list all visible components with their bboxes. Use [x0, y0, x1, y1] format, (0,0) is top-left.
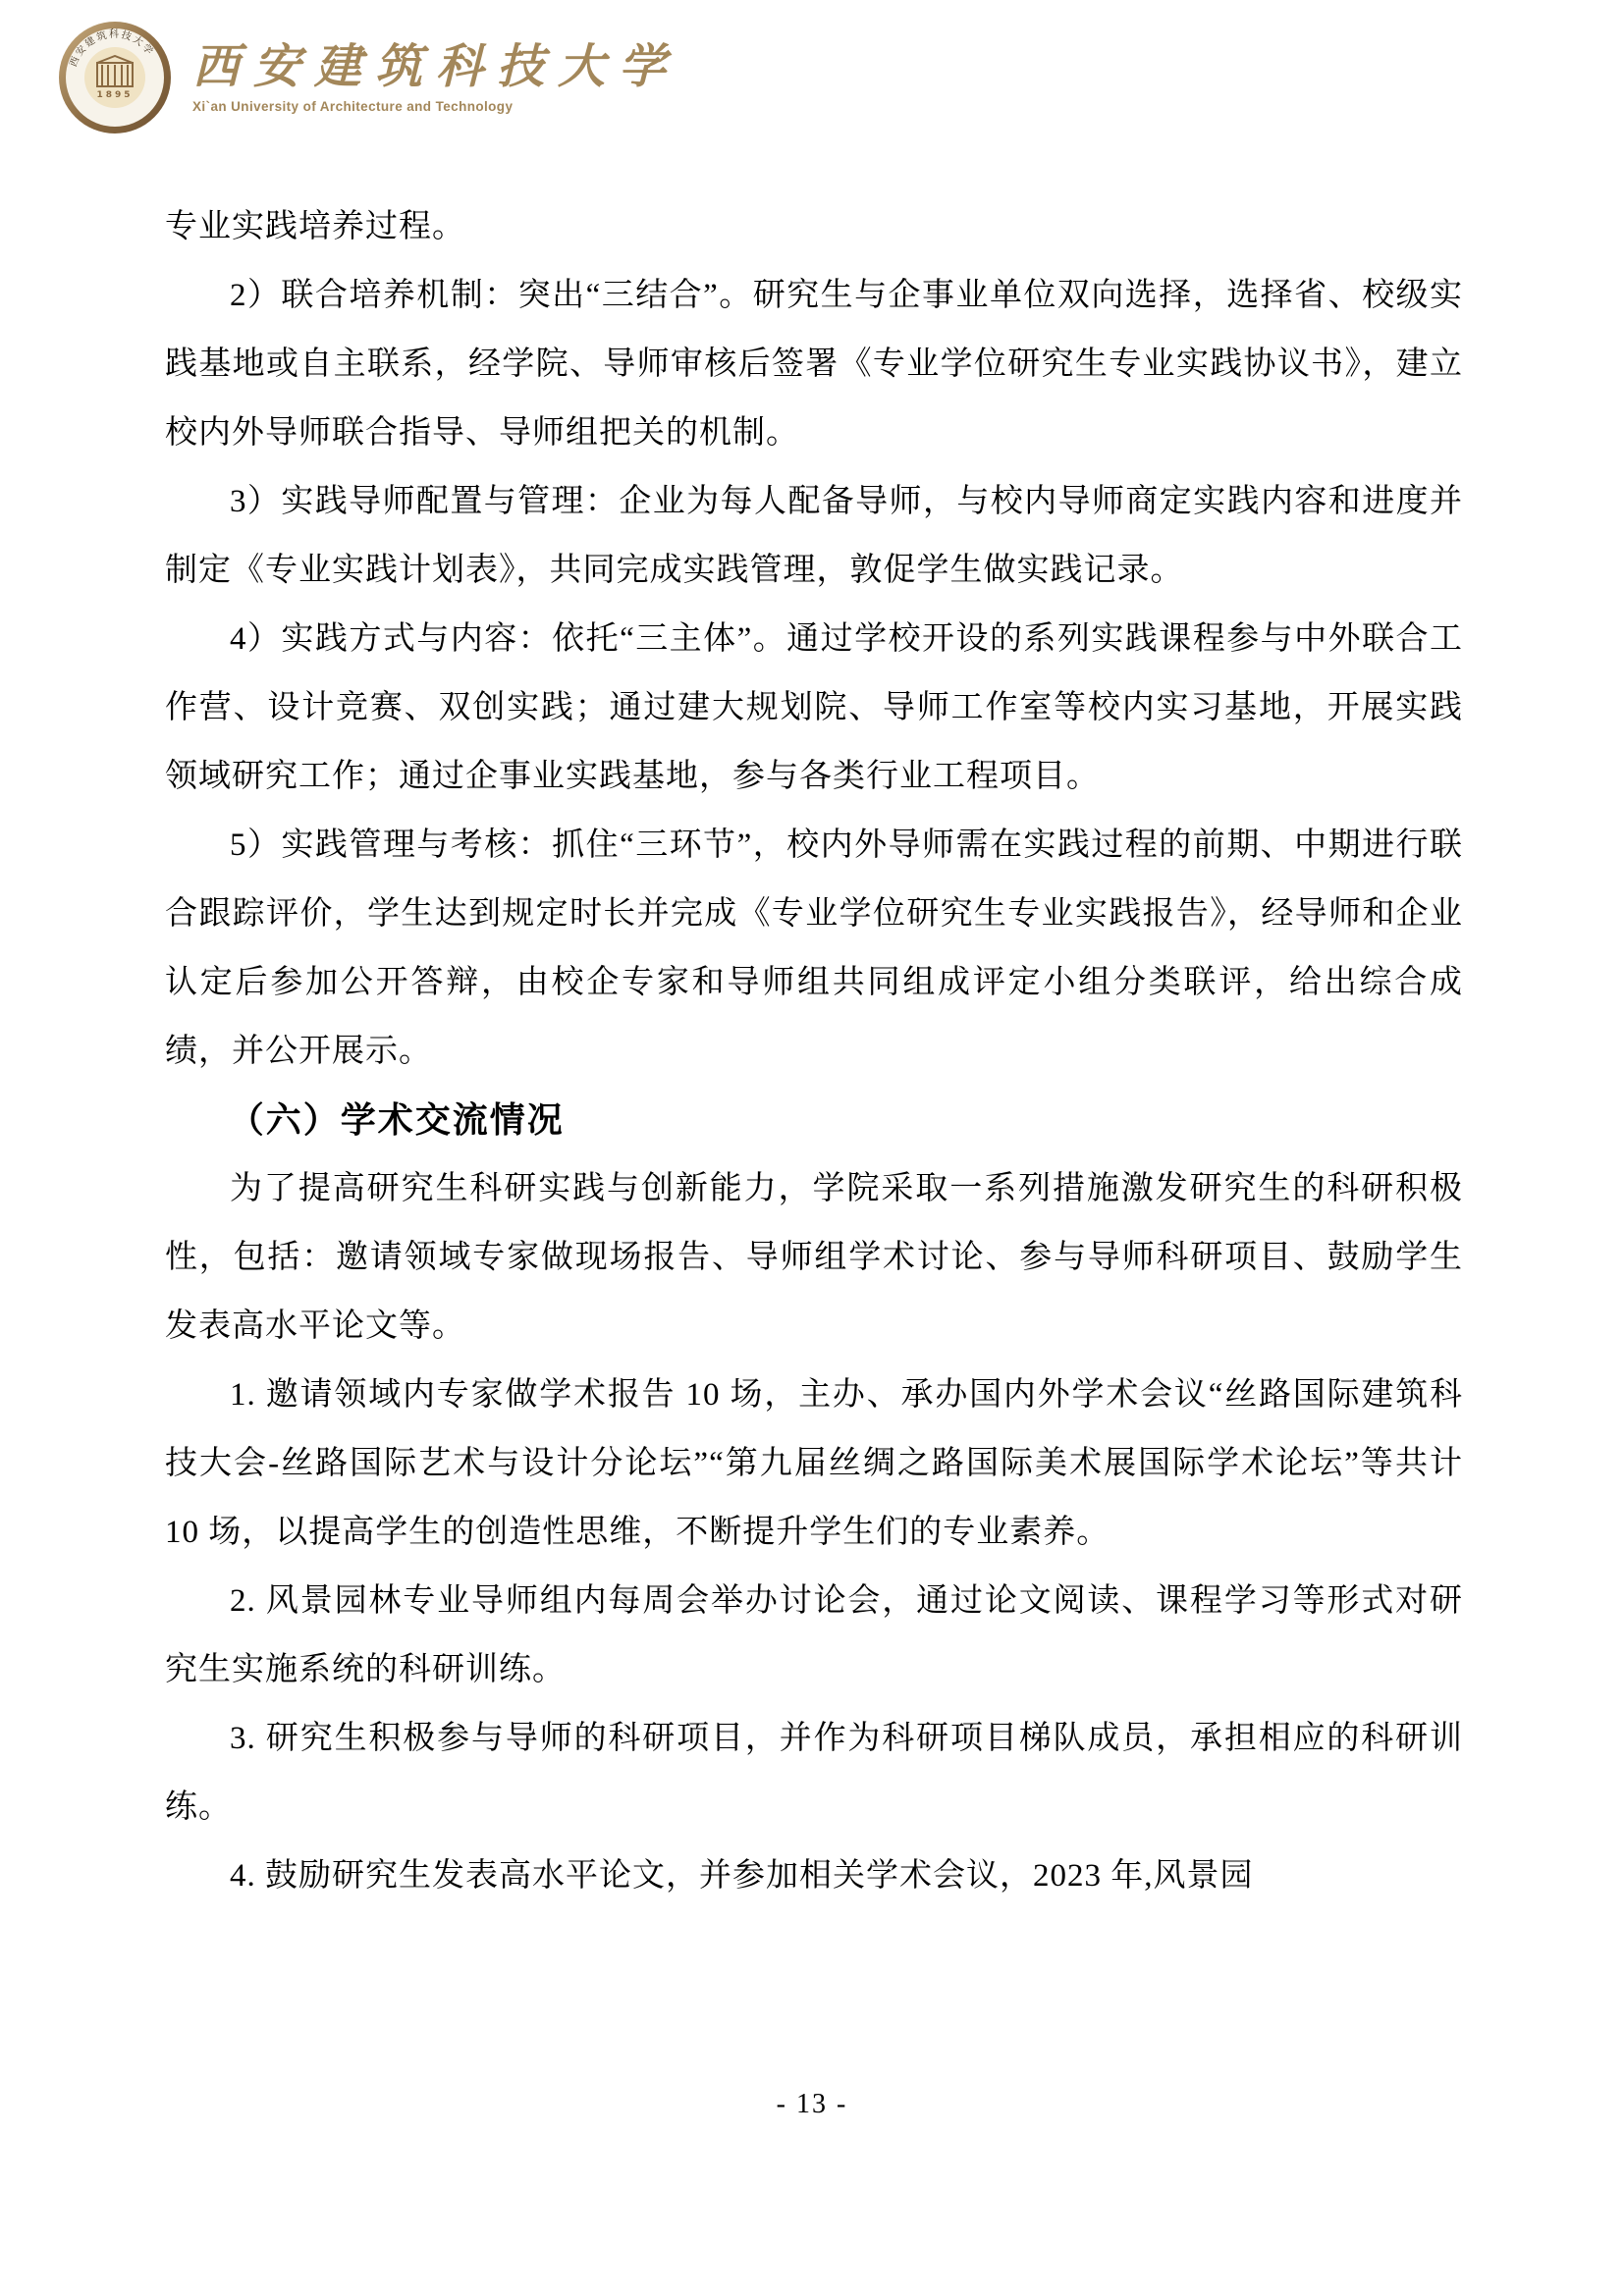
page-number: - 13 -	[0, 2089, 1624, 2120]
paragraph-intro: 为了提高研究生科研实践与创新能力，学院采取一系列措施激发研究生的科研积极性，包括…	[165, 1154, 1463, 1361]
seal-arc-text: 西安建筑科技大学	[59, 22, 171, 133]
university-name-cn: 西安建筑科技大学	[192, 41, 679, 93]
svg-text:西安建筑科技大学: 西安建筑科技大学	[68, 27, 158, 69]
paragraph-point-3: 3. 研究生积极参与导师的科研项目，并作为科研项目梯队成员，承担相应的科研训练。	[165, 1704, 1463, 1842]
university-name-en: Xi`an University of Architecture and Tec…	[192, 99, 679, 114]
university-seal-icon: 1895 西安建筑科技大学	[59, 22, 171, 133]
seal-arc-text-cn: 西安建筑科技大学	[68, 27, 158, 69]
paragraph-point-1: 1. 邀请领域内专家做学术报告 10 场，主办、承办国内外学术会议“丝路国际建筑…	[165, 1361, 1463, 1567]
paragraph-point-2: 2. 风景园林专业导师组内每周会举办讨论会，通过论文阅读、课程学习等形式对研究生…	[165, 1567, 1463, 1704]
paragraph-item-3: 3）实践导师配置与管理：企业为每人配备导师，与校内导师商定实践内容和进度并制定《…	[165, 467, 1463, 605]
paragraph-continuation: 专业实践培养过程。	[165, 192, 1463, 261]
paragraph-item-4: 4）实践方式与内容：依托“三主体”。通过学校开设的系列实践课程参与中外联合工作营…	[165, 605, 1463, 811]
page-header: 1895 西安建筑科技大学 西安建筑科技大学 Xi`an University …	[59, 22, 679, 133]
document-body: 专业实践培养过程。 2）联合培养机制：突出“三结合”。研究生与企事业单位双向选择…	[165, 192, 1463, 1910]
paragraph-item-5: 5）实践管理与考核：抓住“三环节”，校内外导师需在实践过程的前期、中期进行联合跟…	[165, 811, 1463, 1086]
section-heading-six: （六）学术交流情况	[165, 1086, 1463, 1154]
university-titles: 西安建筑科技大学 Xi`an University of Architectur…	[192, 41, 679, 115]
paragraph-point-4: 4. 鼓励研究生发表高水平论文，并参加相关学术会议，2023 年,风景园	[165, 1842, 1463, 1910]
paragraph-item-2: 2）联合培养机制：突出“三结合”。研究生与企事业单位双向选择，选择省、校级实践基…	[165, 261, 1463, 467]
